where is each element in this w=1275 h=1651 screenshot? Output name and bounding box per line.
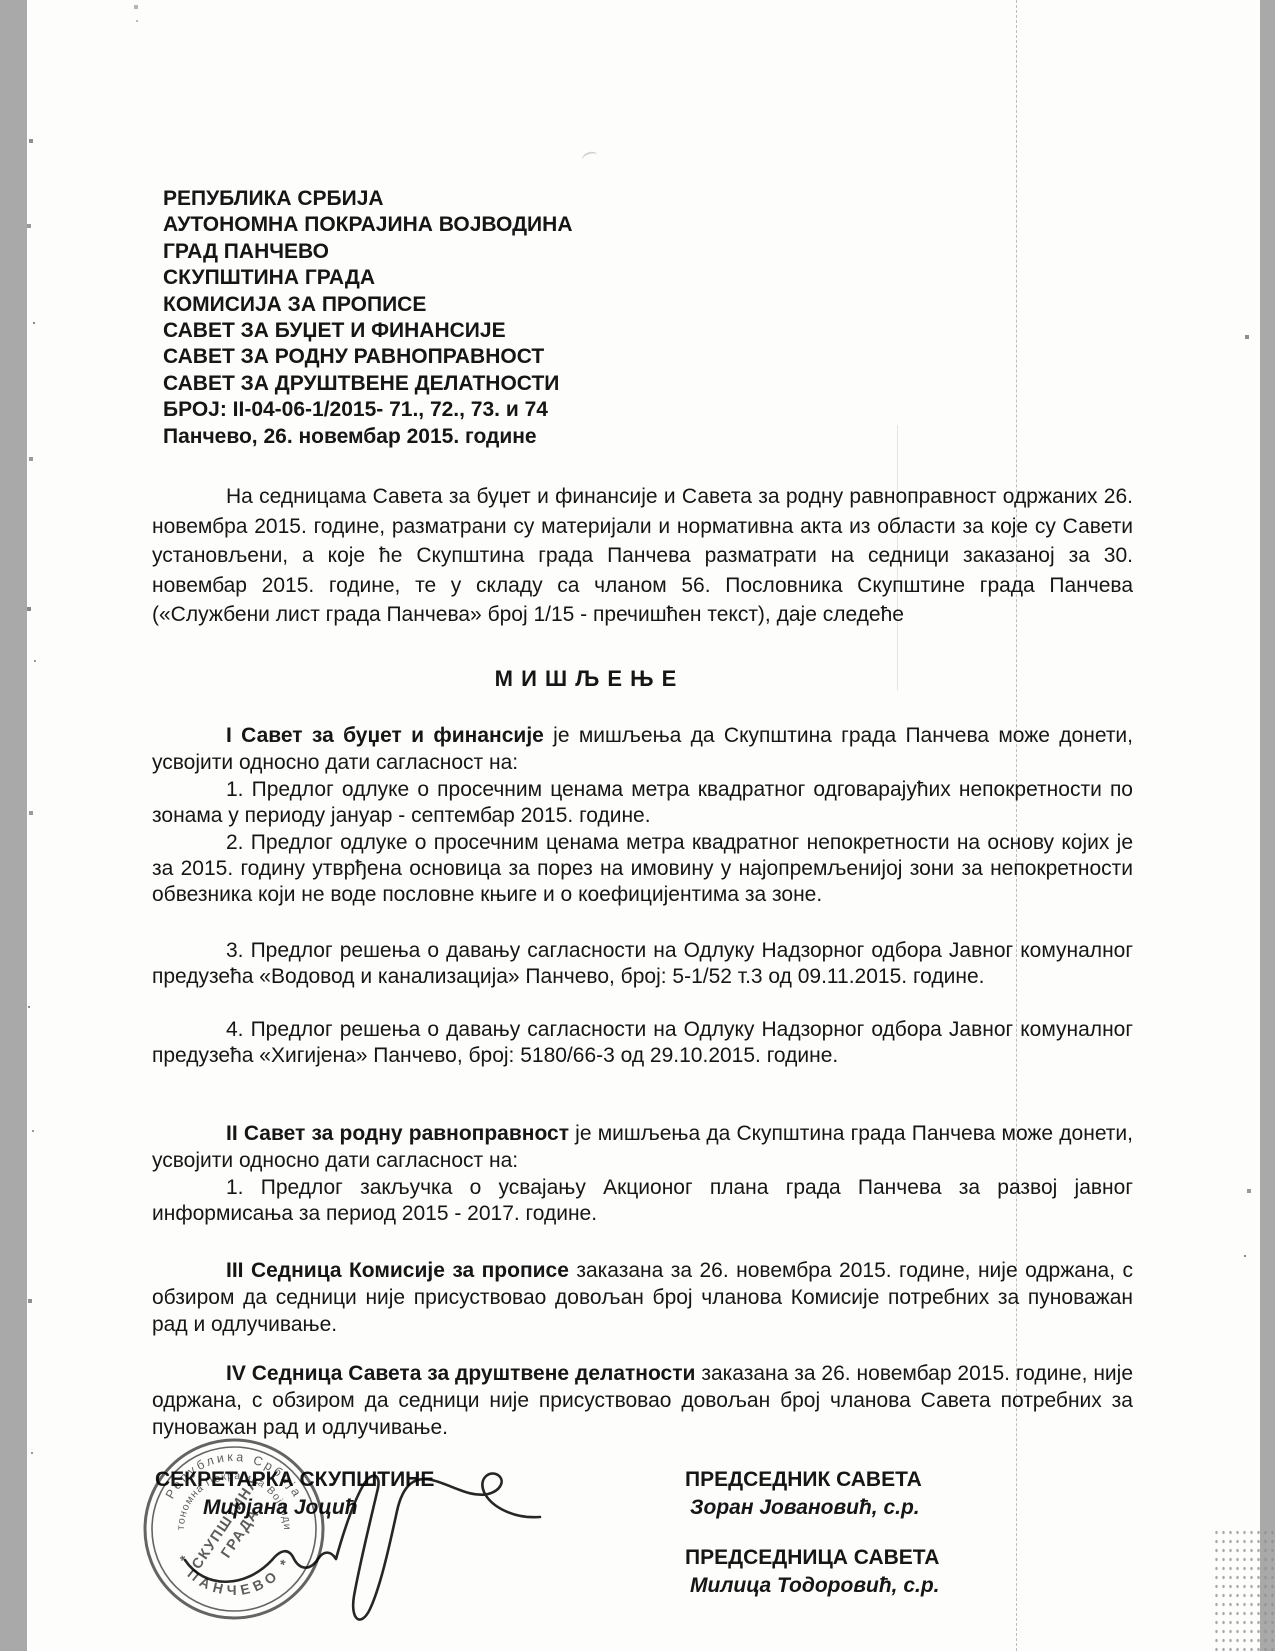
intro-paragraph: На седницама Савета за буџет и финансије…: [152, 482, 1133, 630]
document-date-place: Панчево, 26. новембар 2015. године: [163, 424, 572, 450]
handwritten-signature-icon: [150, 1440, 560, 1651]
council-president-2-title: ПРЕДСЕДНИЦА САВЕТА: [685, 1546, 939, 1570]
scan-edge-right: [1260, 0, 1275, 1651]
section-1-item-4: 4. Предлог решења о давању сагласности н…: [152, 1017, 1133, 1069]
letterhead-line: СКУПШТИНА ГРАДА: [163, 265, 572, 291]
document-number: БРОЈ: II-04-06-1/2015- 71., 72., 73. и 7…: [163, 397, 572, 423]
letterhead-line: ГРАД ПАНЧЕВО: [163, 239, 572, 265]
council-president-2-name: Милица Тодоровић, с.р.: [690, 1574, 940, 1598]
section-1-item-1: 1. Предлог одлуке о просечним ценама мет…: [152, 777, 1133, 829]
section-4-heading: IV Седница Савета за друштвене делатност…: [226, 1362, 695, 1385]
section-4-paragraph: IV Седница Савета за друштвене делатност…: [152, 1360, 1133, 1441]
letterhead-line: РЕПУБЛИКА СРБИЈА: [163, 186, 572, 212]
section-2-paragraph: II Савет за родну равноправност је мишље…: [152, 1120, 1133, 1174]
section-1-item-2: 2. Предлог одлуке о просечним ценама мет…: [152, 830, 1133, 907]
council-president-title: ПРЕДСЕДНИК САВЕТА: [685, 1468, 922, 1492]
letterhead-line: САВЕТ ЗА ДРУШТВЕНЕ ДЕЛАТНОСТИ: [163, 371, 572, 397]
section-2-item-1: 1. Предлог закључка о усвајању Акционог …: [152, 1175, 1133, 1227]
letterhead-line: САВЕТ ЗА БУЏЕТ И ФИНАНСИЈЕ: [163, 318, 572, 344]
council-president-name: Зоран Јовановић, с.р.: [690, 1496, 920, 1520]
letterhead-line: САВЕТ ЗА РОДНУ РАВНОПРАВНОСТ: [163, 344, 572, 370]
opinion-title: М И Ш Љ Е Њ Е: [152, 666, 1020, 692]
scan-noise-specks: [0, 0, 2, 2]
scan-smudge: [581, 150, 600, 165]
letterhead-line: КОМИСИЈА ЗА ПРОПИСЕ: [163, 292, 572, 318]
section-1-paragraph: I Савет за буџет и финансије је мишљења …: [152, 722, 1133, 776]
section-1-heading: I Савет за буџет и финансије: [226, 724, 544, 747]
letterhead: РЕПУБЛИКА СРБИЈА АУТОНОМНА ПОКРАЈИНА ВОЈ…: [163, 186, 572, 450]
section-1-item-3: 3. Предлог решења о давању сагласности н…: [152, 938, 1133, 990]
section-2-heading: II Савет за родну равноправност: [226, 1122, 569, 1145]
signature-stroke: [185, 1474, 540, 1620]
letterhead-line: АУТОНОМНА ПОКРАЈИНА ВОЈВОДИНА: [163, 212, 572, 238]
scanned-document-page: РЕПУБЛИКА СРБИЈА АУТОНОМНА ПОКРАЈИНА ВОЈ…: [0, 0, 1275, 1651]
scan-edge-left: [0, 0, 27, 1651]
section-3-heading: III Седница Комисије за прописе: [226, 1259, 569, 1282]
scan-noise-bottom-right: [1213, 1528, 1275, 1651]
section-3-paragraph: III Седница Комисије за прописе заказана…: [152, 1257, 1133, 1338]
